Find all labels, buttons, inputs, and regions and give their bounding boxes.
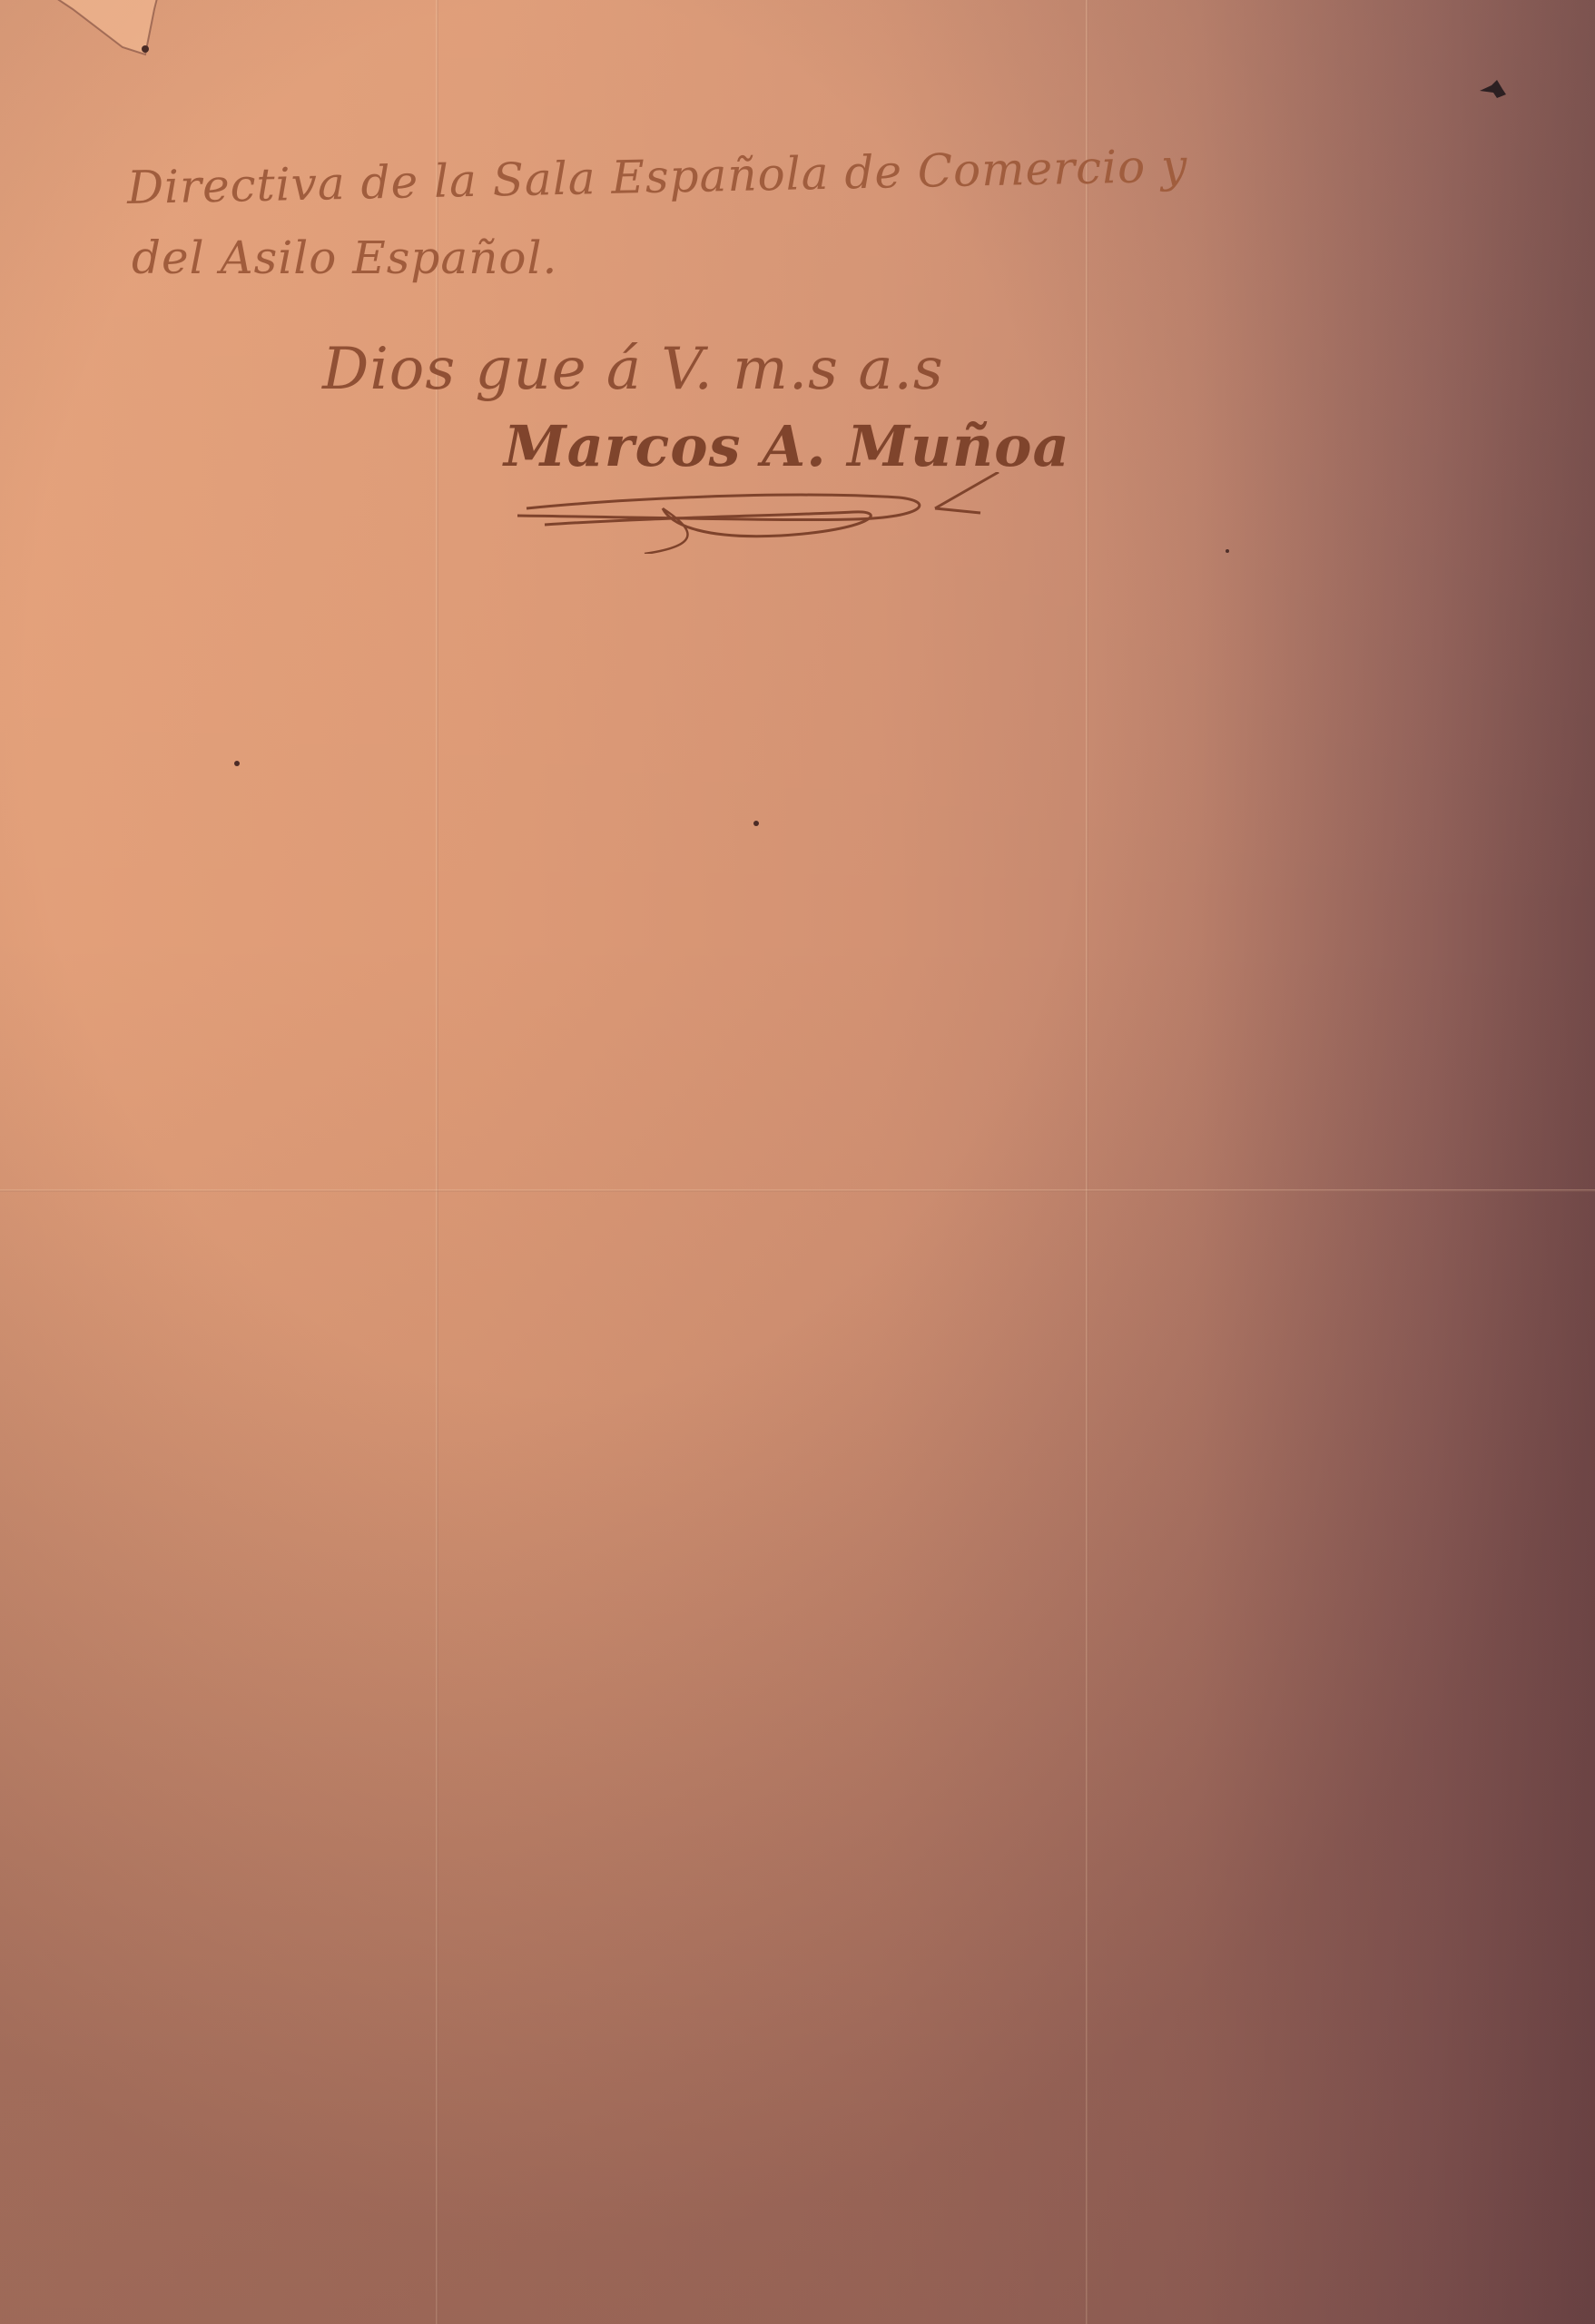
- vertical-fold-line-right: [1086, 0, 1088, 2324]
- signature: Marcos A. Muñoa: [504, 413, 1070, 479]
- horizontal-fold-line: [0, 1189, 1595, 1192]
- ink-speck: [753, 821, 759, 826]
- closing-salutation: Dios gue á V. m.s a.s: [322, 336, 944, 403]
- torn-corner-icon: [36, 0, 172, 64]
- body-text-line-1: Directiva de la Sala Española de Comerci…: [126, 140, 1187, 214]
- ink-speck: [234, 761, 240, 766]
- signature-flourish-icon: [508, 472, 1017, 554]
- body-text-line-2: del Asilo Español.: [132, 231, 557, 284]
- paper-hole-icon: [1475, 73, 1511, 109]
- document-page: Directiva de la Sala Española de Comerci…: [0, 0, 1595, 2324]
- ink-speck: [1226, 549, 1229, 553]
